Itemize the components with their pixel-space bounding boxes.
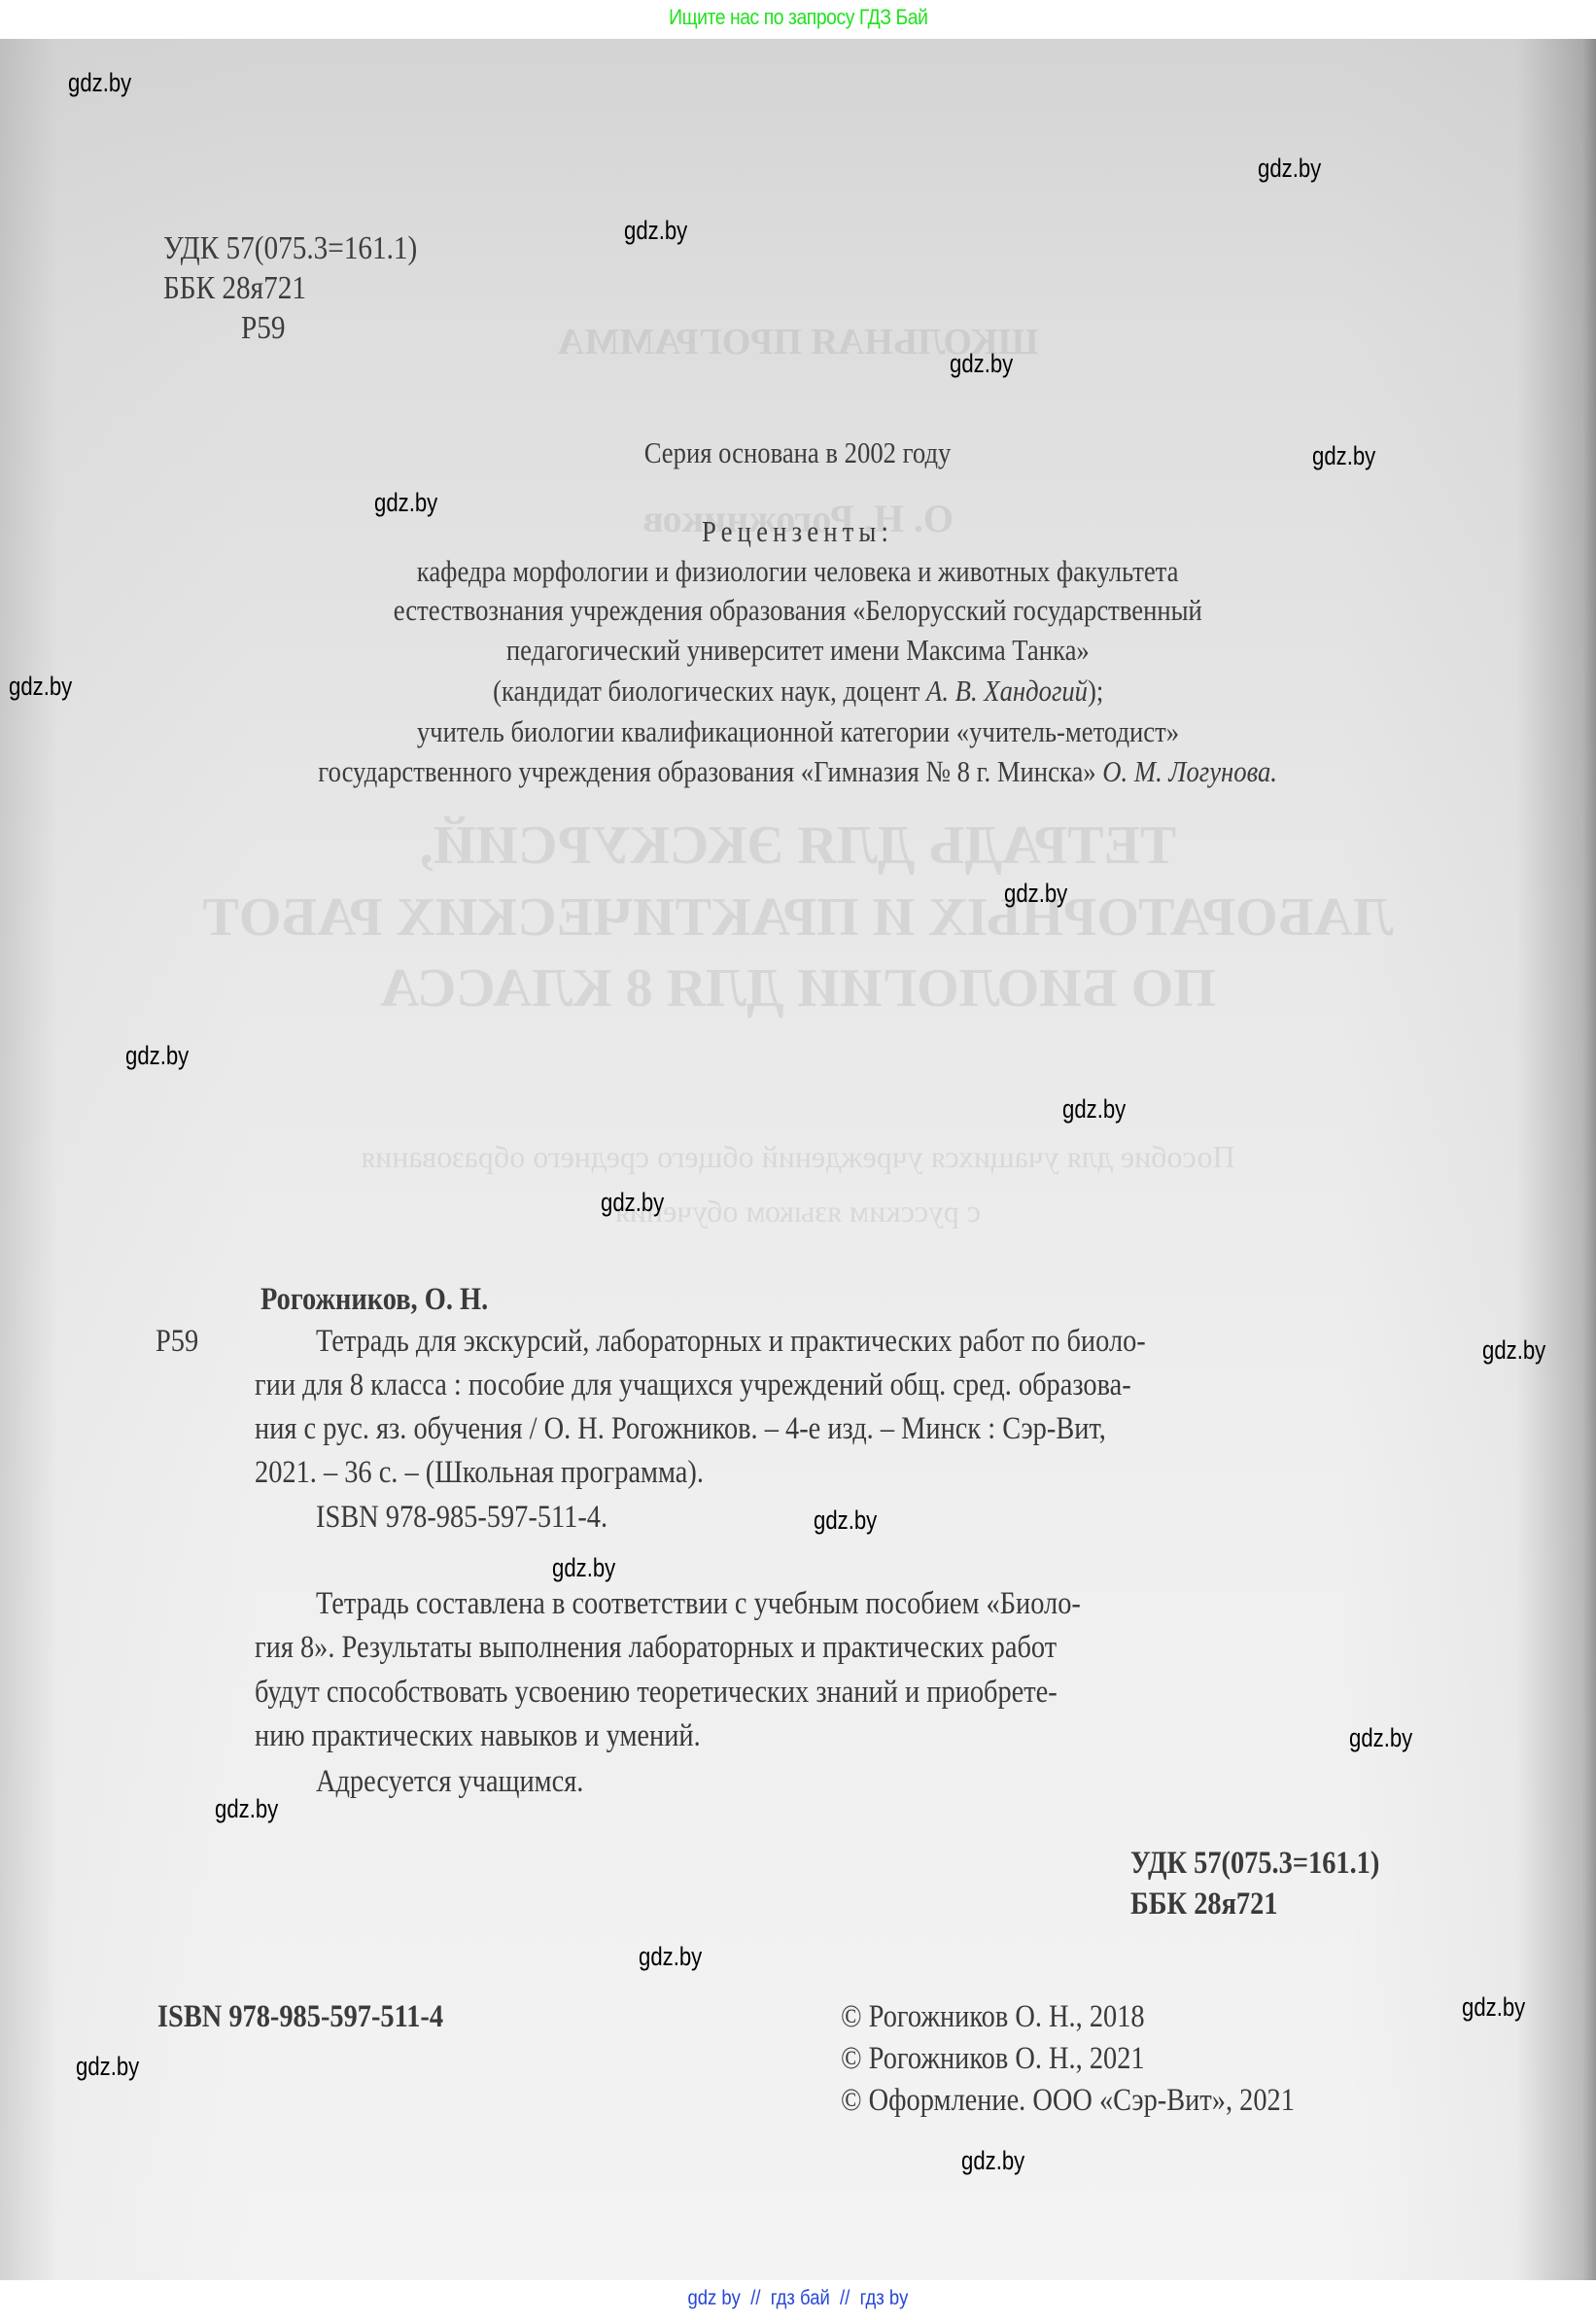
watermark: gdz.by bbox=[624, 216, 687, 246]
ghost-series: ШКОЛЬНАЯ ПРОГРАММА bbox=[0, 321, 1596, 364]
reviewers-line-3: педагогический университет имени Максима… bbox=[0, 633, 1596, 668]
watermark: gdz.by bbox=[374, 488, 437, 518]
catalog-isbn: ISBN 978-985-597-511-4. bbox=[316, 1499, 655, 1536]
watermark: gdz.by bbox=[961, 2146, 1024, 2176]
reviewers-line-6: государственного учреждения образования … bbox=[0, 754, 1596, 789]
ghost-title-2: ЛАБОРАТОРНЫХ И ПРАКТИЧЕСКИХ РАБОТ bbox=[0, 886, 1596, 949]
reviewers-heading: Рецензенты: bbox=[0, 514, 1596, 549]
watermark: gdz.by bbox=[1482, 1335, 1545, 1366]
ghost-title-3: ПО БИОЛОГИИ ДЛЯ 8 КЛАССА bbox=[0, 957, 1596, 1020]
bottom-footer: gdz by // гдз бай // гдз by bbox=[0, 2280, 1596, 2320]
catalog-mark: Р59 bbox=[156, 1323, 205, 1360]
watermark: gdz.by bbox=[76, 2052, 139, 2082]
reviewers-line-2: естествознания учреждения образования «Б… bbox=[0, 593, 1596, 628]
top-banner: Ищите нас по запросу ГДЗ Бай bbox=[0, 0, 1596, 39]
reviewers-line-1: кафедра морфологии и физиологии человека… bbox=[0, 554, 1596, 589]
watermark: gdz.by bbox=[1349, 1723, 1412, 1753]
watermark: gdz.by bbox=[1312, 441, 1375, 471]
copyright-line-3: © Оформление. ООО «Сэр-Вит», 2021 bbox=[841, 2082, 1369, 2119]
watermark: gdz.by bbox=[68, 68, 131, 98]
watermark: gdz.by bbox=[1462, 1992, 1525, 2023]
ghost-subtitle-1: Пособие для учащихся учреждений общего с… bbox=[0, 1139, 1596, 1175]
watermark: gdz.by bbox=[1258, 154, 1321, 184]
watermark: gdz.by bbox=[814, 1506, 877, 1536]
copyright-line-1: © Рогожников О. Н., 2018 bbox=[841, 1998, 1194, 2035]
reviewers-line-5: учитель биологии квалификационной катего… bbox=[0, 714, 1596, 749]
bbk-top: ББК 28я721 bbox=[163, 271, 330, 306]
catalog-line-1: Тетрадь для экскурсий, лабораторных и пр… bbox=[316, 1323, 1281, 1360]
watermark: gdz.by bbox=[639, 1942, 702, 1972]
watermark: gdz.by bbox=[1062, 1094, 1126, 1125]
catalog-line-3: ния с рус. яз. обучения / О. Н. Рогожник… bbox=[255, 1410, 1244, 1447]
watermark: gdz.by bbox=[215, 1794, 278, 1824]
watermark: gdz.by bbox=[601, 1188, 664, 1218]
reviewer-name-2: О. М. Логунова. bbox=[1103, 754, 1278, 788]
annotation-line-4: нию практических навыков и умений. bbox=[255, 1717, 773, 1754]
watermark: gdz.by bbox=[9, 672, 72, 702]
banner-link[interactable]: Ищите нас по запросу ГДЗ Бай bbox=[669, 5, 927, 30]
annotation-line-1: Тетрадь составлена в соответствии с учеб… bbox=[316, 1585, 1205, 1622]
catalog-line-2: гии для 8 класса : пособие для учащихся … bbox=[255, 1367, 1273, 1403]
ghost-subtitle-2: с русским языком обучения bbox=[0, 1194, 1596, 1229]
annotation-audience: Адресуется учащимся. bbox=[316, 1763, 627, 1800]
bbk-bottom: ББК 28я721 bbox=[1130, 1886, 1301, 1922]
watermark: gdz.by bbox=[950, 349, 1013, 379]
udk-top: УДК 57(075.3=161.1) bbox=[163, 231, 459, 266]
annotation-line-3: будут способствовать усвоению теоретичес… bbox=[255, 1674, 1188, 1711]
footer-links[interactable]: gdz by // гдз бай // гдз by bbox=[688, 2287, 909, 2310]
udk-bottom: УДК 57(075.3=161.1) bbox=[1130, 1845, 1420, 1882]
ghost-title-1: ТЕТРАДЬ ДЛЯ ЭКСКУРСИЙ, bbox=[0, 814, 1596, 877]
reviewer-name-1: А. В. Хандогий bbox=[926, 674, 1088, 708]
annotation-line-2: гия 8». Результаты выполнения лабораторн… bbox=[255, 1629, 1187, 1666]
catalog-line-4: 2021. – 36 с. – (Школьная программа). bbox=[255, 1454, 777, 1491]
isbn-bottom: ISBN 978-985-597-511-4 bbox=[157, 1998, 490, 2035]
watermark: gdz.by bbox=[125, 1041, 189, 1071]
copyright-line-2: © Рогожников О. Н., 2021 bbox=[841, 2040, 1194, 2077]
watermark: gdz.by bbox=[552, 1553, 615, 1583]
catalog-author-heading: Рогожников, О. Н. bbox=[260, 1281, 525, 1318]
author-mark-top: Р59 bbox=[241, 311, 293, 346]
reviewers-line-4: (кандидат биологических наук, доцент А. … bbox=[0, 674, 1596, 709]
watermark: gdz.by bbox=[1004, 879, 1067, 909]
